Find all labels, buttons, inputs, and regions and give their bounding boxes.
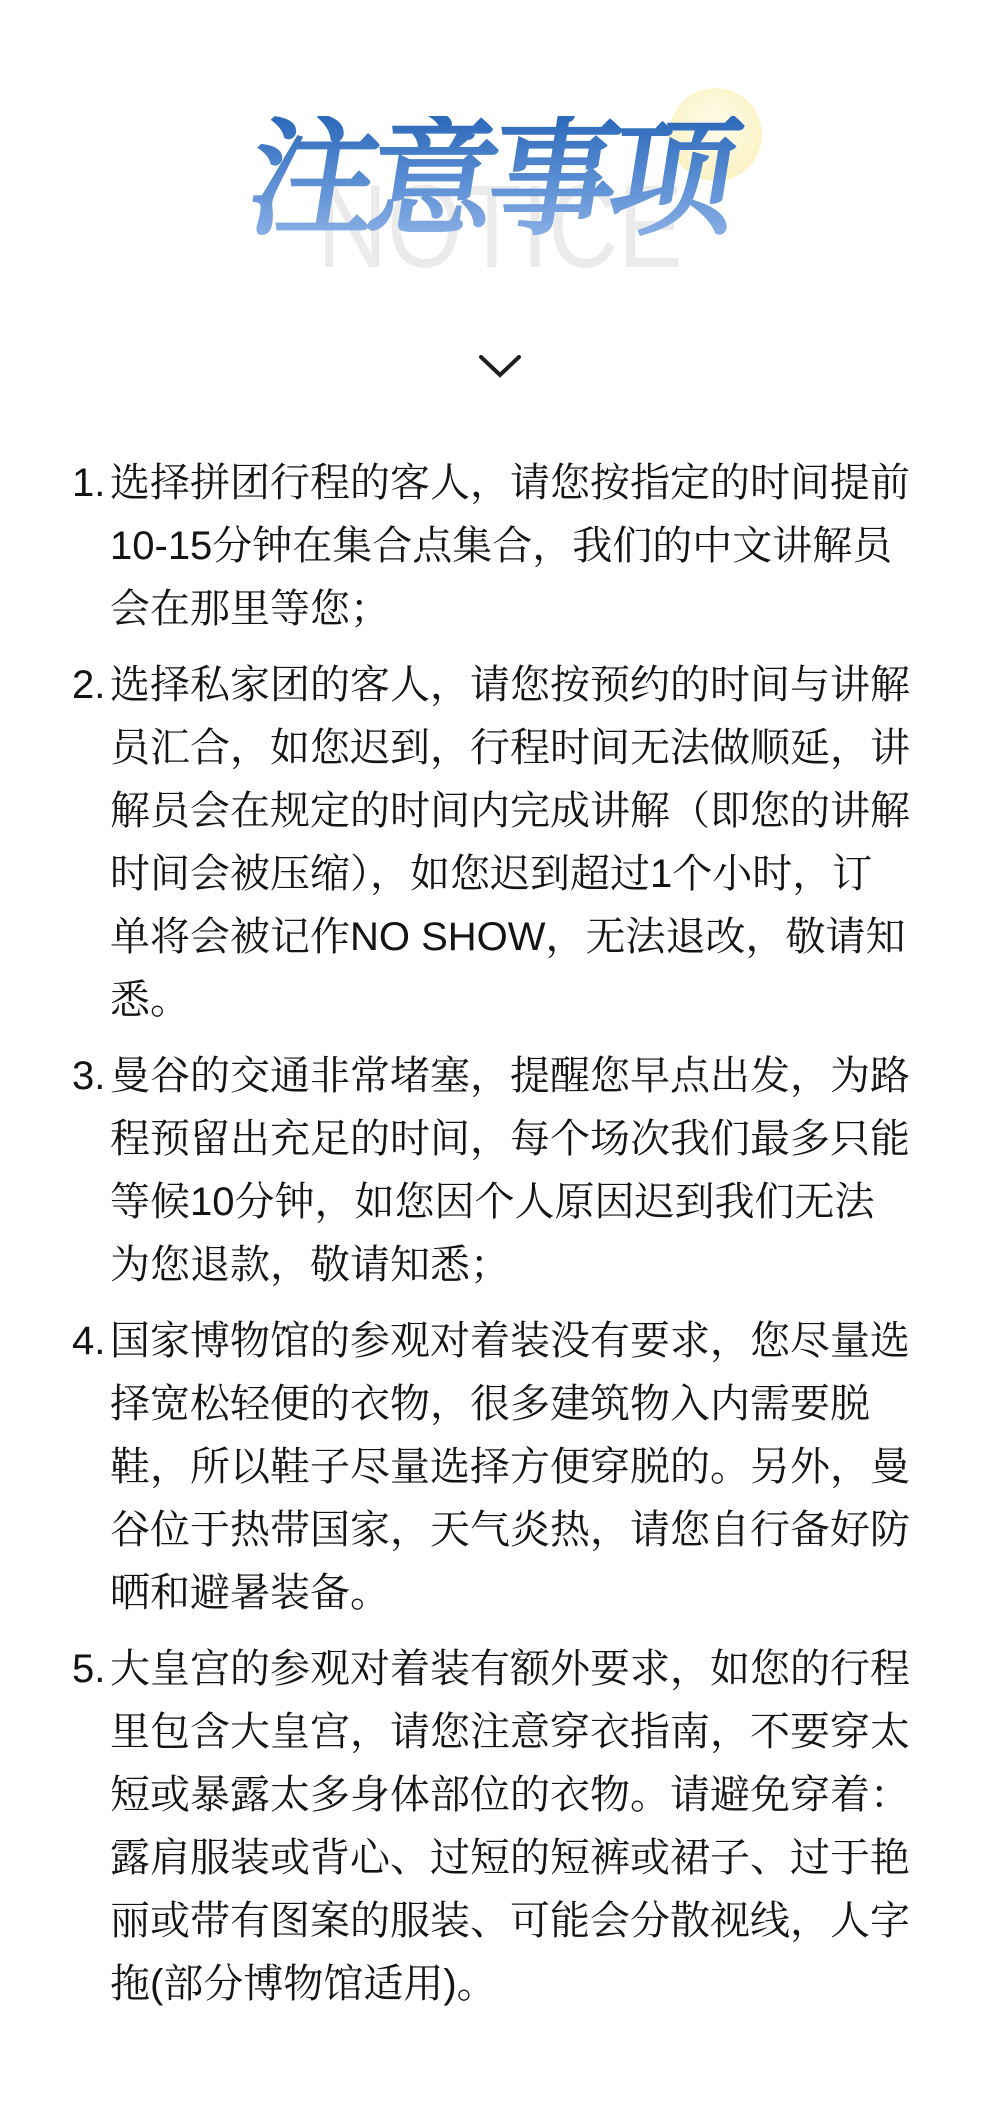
- notice-text: 国家博物馆的参观对着装没有要求，您尽量选择宽松轻便的衣物，很多建筑物入内需要脱鞋…: [110, 1310, 912, 1625]
- notice-text: 曼谷的交通非常堵塞，提醒您早点出发，为路程预留出充足的时间，每个场次我们最多只能…: [110, 1045, 912, 1297]
- notice-item: 3. 曼谷的交通非常堵塞，提醒您早点出发，为路程预留出充足的时间，每个场次我们最…: [72, 1045, 912, 1297]
- notice-number: 4.: [72, 1310, 110, 1373]
- notice-list: 1. 选择拼团行程的客人，请您按指定的时间提前10-15分钟在集合点集合，我们的…: [0, 452, 1000, 2016]
- notice-number: 5.: [72, 1638, 110, 1701]
- chevron-down-icon: [477, 352, 523, 384]
- notice-page: NOTICE 注意事项 1. 选择拼团行程的客人，请您按指定的时间提前10-15…: [0, 0, 1000, 2108]
- notice-text: 大皇宫的参观对着装有额外要求，如您的行程里包含大皇宫，请您注意穿衣指南，不要穿太…: [110, 1638, 912, 2016]
- page-title: 注意事项: [0, 116, 1000, 244]
- notice-item: 1. 选择拼团行程的客人，请您按指定的时间提前10-15分钟在集合点集合，我们的…: [72, 452, 912, 641]
- notice-item: 5. 大皇宫的参观对着装有额外要求，如您的行程里包含大皇宫，请您注意穿衣指南，不…: [72, 1638, 912, 2016]
- notice-number: 1.: [72, 452, 110, 515]
- notice-item: 4. 国家博物馆的参观对着装没有要求，您尽量选择宽松轻便的衣物，很多建筑物入内需…: [72, 1310, 912, 1625]
- notice-number: 2.: [72, 654, 110, 717]
- notice-text: 选择拼团行程的客人，请您按指定的时间提前10-15分钟在集合点集合，我们的中文讲…: [110, 452, 912, 641]
- notice-number: 3.: [72, 1045, 110, 1108]
- notice-item: 2. 选择私家团的客人，请您按预约的时间与讲解员汇合，如您迟到，行程时间无法做顺…: [72, 654, 912, 1032]
- notice-text: 选择私家团的客人，请您按预约的时间与讲解员汇合，如您迟到，行程时间无法做顺延，讲…: [110, 654, 912, 1032]
- hero-header: NOTICE 注意事项: [0, 0, 1000, 452]
